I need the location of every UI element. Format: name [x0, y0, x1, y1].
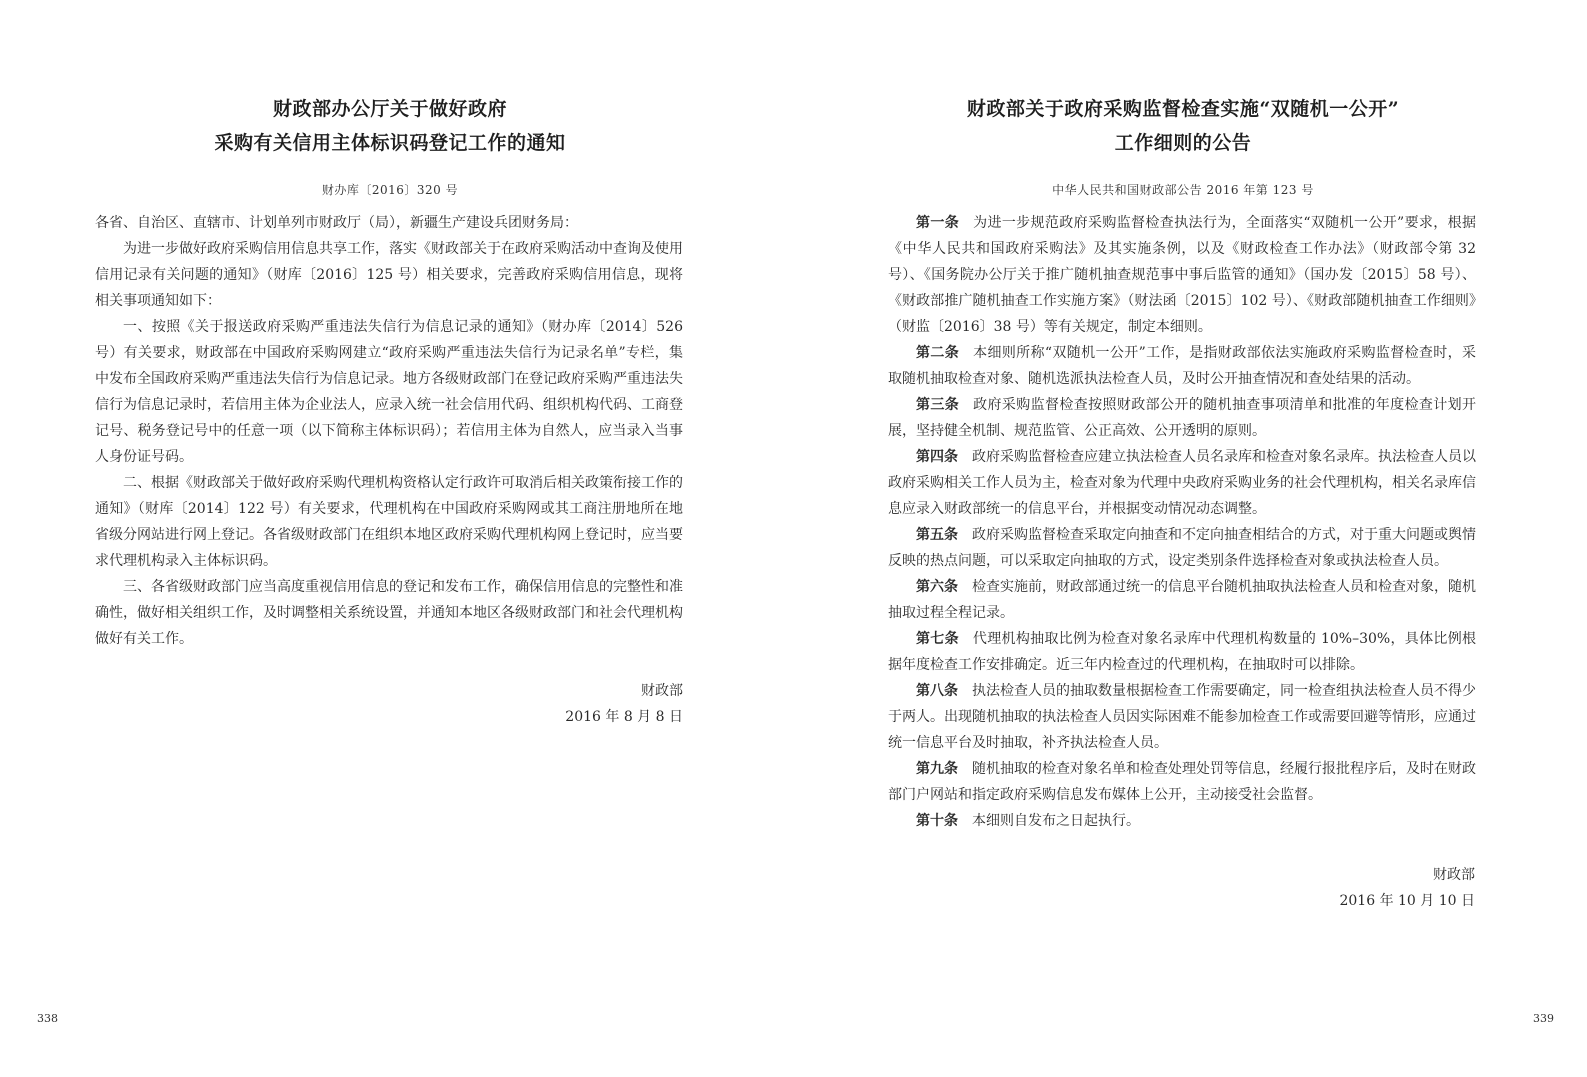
- left-page-number: 338: [37, 1012, 58, 1025]
- article-text: 为进一步规范政府采购监督检查执法行为，全面落实“双随机一公开”要求，根据《中华人…: [888, 215, 1476, 335]
- article-label: 第四条: [916, 449, 958, 465]
- article-text: 执法检查人员的抽取数量根据检查工作需要确定，同一检查组执法检查人员不得少于两人。…: [888, 683, 1476, 751]
- article-5: 第五条政府采购监督检查采取定向抽查和不定向抽查相结合的方式，对于重大问题或舆情反…: [888, 522, 1476, 574]
- article-text: 政府采购监督检查按照财政部公开的随机抽查事项清单和批准的年度检查计划开展，坚持健…: [888, 397, 1476, 439]
- right-signature: 财政部 2016 年 10 月 10 日: [1339, 862, 1475, 914]
- left-paragraph-item-3: 三、各省级财政部门应当高度重视信用信息的登记和发布工作，确保信用信息的完整性和准…: [95, 574, 683, 652]
- article-text: 代理机构抽取比例为检查对象名录库中代理机构数量的 10%–30%，具体比例根据年…: [888, 631, 1476, 673]
- left-title-line-2: 采购有关信用主体标识码登记工作的通知: [95, 126, 685, 160]
- article-label: 第三条: [916, 397, 959, 413]
- right-page-number: 339: [1533, 1012, 1554, 1025]
- left-page: 财政部办公厅关于做好政府 采购有关信用主体标识码登记工作的通知 财办库〔2016…: [0, 0, 793, 1077]
- article-label: 第十条: [916, 813, 958, 829]
- article-text: 检查实施前，财政部通过统一的信息平台随机抽取执法检查人员和检查对象，随机抽取过程…: [888, 579, 1476, 621]
- left-paragraph-item-2: 二、根据《财政部关于做好政府采购代理机构资格认定行政许可取消后相关政策衔接工作的…: [95, 470, 683, 574]
- article-10: 第十条本细则自发布之日起执行。: [888, 808, 1476, 834]
- article-label: 第八条: [916, 683, 958, 699]
- article-text: 本细则所称“双随机一公开”工作，是指财政部依法实施政府采购监督检查时，采取随机抽…: [888, 345, 1476, 387]
- right-title-line-2: 工作细则的公告: [888, 126, 1478, 160]
- right-title-line-1: 财政部关于政府采购监督检查实施“双随机一公开”: [888, 92, 1478, 126]
- article-text: 本细则自发布之日起执行。: [972, 813, 1140, 829]
- article-label: 第二条: [916, 345, 959, 361]
- left-signature-date: 2016 年 8 月 8 日: [565, 704, 683, 730]
- left-body: 各省、自治区、直辖市、计划单列市财政厅（局），新疆生产建设兵团财务局： 为进一步…: [95, 210, 683, 652]
- article-4: 第四条政府采购监督检查应建立执法检查人员名录库和检查对象名录库。执法检查人员以政…: [888, 444, 1476, 522]
- right-body: 第一条为进一步规范政府采购监督检查执法行为，全面落实“双随机一公开”要求，根据《…: [888, 210, 1476, 834]
- right-title-block: 财政部关于政府采购监督检查实施“双随机一公开” 工作细则的公告 中华人民共和国财…: [888, 92, 1478, 198]
- article-2: 第二条本细则所称“双随机一公开”工作，是指财政部依法实施政府采购监督检查时，采取…: [888, 340, 1476, 392]
- right-signature-issuer: 财政部: [1339, 862, 1475, 888]
- right-doc-number: 中华人民共和国财政部公告 2016 年第 123 号: [888, 182, 1478, 198]
- salutation: 各省、自治区、直辖市、计划单列市财政厅（局），新疆生产建设兵团财务局：: [95, 210, 683, 236]
- article-text: 随机抽取的检查对象名单和检查处理处罚等信息，经履行报批程序后，及时在财政部门户网…: [888, 761, 1476, 803]
- left-paragraph-item-1: 一、按照《关于报送政府采购严重违法失信行为信息记录的通知》（财办库〔2014〕5…: [95, 314, 683, 470]
- left-title-line-1: 财政部办公厅关于做好政府: [95, 92, 685, 126]
- left-doc-number: 财办库〔2016〕320 号: [95, 182, 685, 198]
- article-text: 政府采购监督检查采取定向抽查和不定向抽查相结合的方式，对于重大问题或舆情反映的热…: [888, 527, 1476, 569]
- article-7: 第七条代理机构抽取比例为检查对象名录库中代理机构数量的 10%–30%，具体比例…: [888, 626, 1476, 678]
- left-title-block: 财政部办公厅关于做好政府 采购有关信用主体标识码登记工作的通知 财办库〔2016…: [95, 92, 685, 198]
- article-text: 政府采购监督检查应建立执法检查人员名录库和检查对象名录库。执法检查人员以政府采购…: [888, 449, 1476, 517]
- left-signature-issuer: 财政部: [565, 678, 683, 704]
- article-label: 第五条: [916, 527, 958, 543]
- article-6: 第六条检查实施前，财政部通过统一的信息平台随机抽取执法检查人员和检查对象，随机抽…: [888, 574, 1476, 626]
- article-3: 第三条政府采购监督检查按照财政部公开的随机抽查事项清单和批准的年度检查计划开展，…: [888, 392, 1476, 444]
- article-1: 第一条为进一步规范政府采购监督检查执法行为，全面落实“双随机一公开”要求，根据《…: [888, 210, 1476, 340]
- article-label: 第六条: [916, 579, 958, 595]
- left-paragraph-intro: 为进一步做好政府采购信用信息共享工作，落实《财政部关于在政府采购活动中查询及使用…: [95, 236, 683, 314]
- article-9: 第九条随机抽取的检查对象名单和检查处理处罚等信息，经履行报批程序后，及时在财政部…: [888, 756, 1476, 808]
- right-signature-date: 2016 年 10 月 10 日: [1339, 888, 1475, 914]
- article-8: 第八条执法检查人员的抽取数量根据检查工作需要确定，同一检查组执法检查人员不得少于…: [888, 678, 1476, 756]
- right-page: 财政部关于政府采购监督检查实施“双随机一公开” 工作细则的公告 中华人民共和国财…: [793, 0, 1587, 1077]
- article-label: 第一条: [916, 215, 959, 231]
- article-label: 第七条: [916, 631, 959, 647]
- left-signature: 财政部 2016 年 8 月 8 日: [565, 678, 683, 730]
- article-label: 第九条: [916, 761, 958, 777]
